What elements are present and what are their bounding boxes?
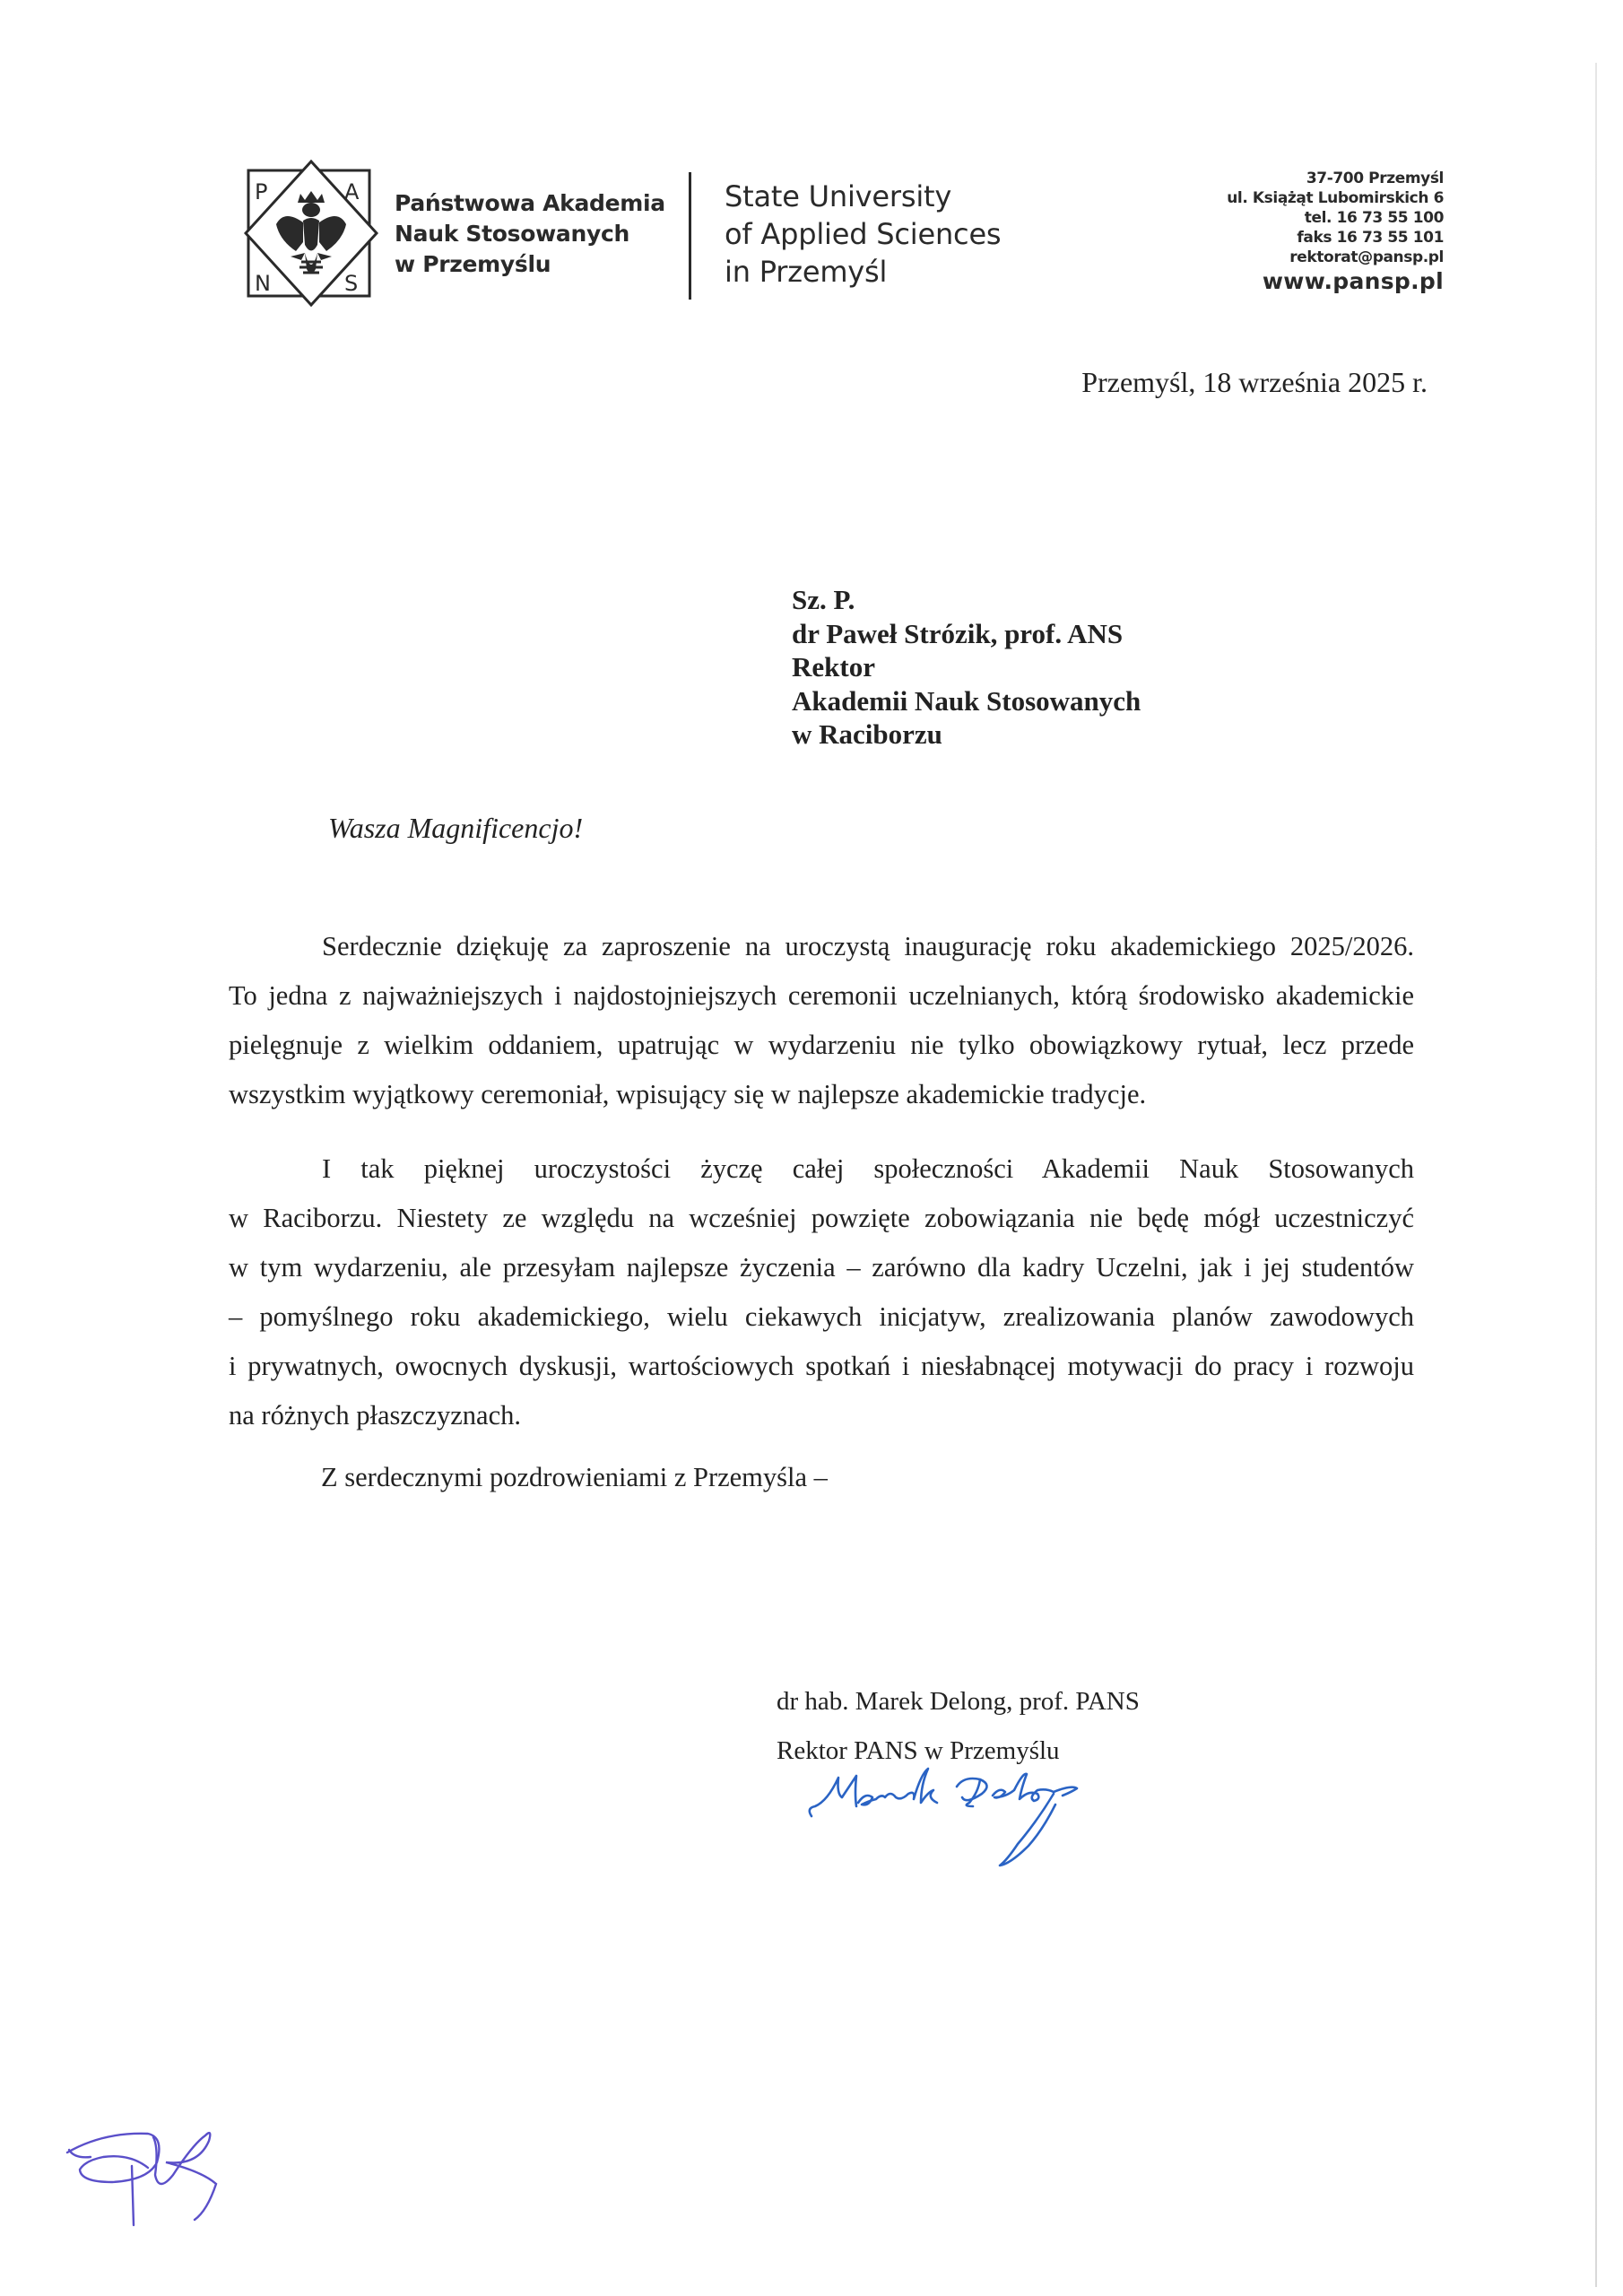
body-paragraph-2: I tak pięknej uroczystości życzę całej s… <box>229 1144 1414 1440</box>
date-line: Przemyśl, 18 września 2025 r. <box>1081 366 1428 399</box>
contact-fax: faks 16 73 55 101 <box>1227 228 1444 248</box>
recipient-line: dr Paweł Strózik, prof. ANS <box>792 617 1141 651</box>
recipient-line: Akademii Nauk Stosowanych <box>792 684 1141 718</box>
institution-name-en-line: in Przemyśl <box>725 253 1001 291</box>
body-line: I tak pięknej uroczystości życzę całej s… <box>229 1144 1414 1194</box>
body-line: w tym wydarzeniu, ale przesyłam najlepsz… <box>229 1243 1414 1292</box>
recipient-line: w Raciborzu <box>792 717 1141 752</box>
signature-icon <box>803 1767 1197 1874</box>
handwritten-initials <box>58 2112 229 2247</box>
recipient-block: Sz. P. dr Paweł Strózik, prof. ANS Rekto… <box>792 583 1141 752</box>
body-line: i prywatnych, owocnych dyskusji, wartośc… <box>229 1342 1414 1391</box>
letterhead-divider <box>689 172 691 300</box>
svg-text:S: S <box>344 271 358 296</box>
sender-block: dr hab. Marek Delong, prof. PANS Rektor … <box>777 1677 1140 1776</box>
salutation: Wasza Magnificencjo! <box>328 812 583 845</box>
contact-block: 37-700 Przemyśl ul. Książąt Lubomirskich… <box>1227 169 1444 296</box>
contact-website[interactable]: www.pansp.pl <box>1227 267 1444 296</box>
body-line: Serdecznie dziękuję za zaproszenie na ur… <box>229 922 1414 971</box>
initials-icon <box>58 2112 229 2247</box>
body-paragraph-1: Serdecznie dziękuję za zaproszenie na ur… <box>229 922 1414 1119</box>
eagle-emblem-icon: P A N S <box>244 160 378 308</box>
body-line: – pomyślnego roku akademickiego, wielu c… <box>229 1292 1414 1342</box>
institution-name-en-line: of Applied Sciences <box>725 215 1001 253</box>
handwritten-signature <box>803 1767 1197 1874</box>
institution-name-pl-line: w Przemyślu <box>395 249 665 280</box>
contact-email[interactable]: rektorat@pansp.pl <box>1227 248 1444 267</box>
institution-name-pl-line: Państwowa Akademia <box>395 188 665 219</box>
contact-phone: tel. 16 73 55 100 <box>1227 208 1444 228</box>
contact-city: 37-700 Przemyśl <box>1227 169 1444 188</box>
body-line: w Raciborzu. Niestety ze względu na wcze… <box>229 1194 1414 1243</box>
recipient-line: Rektor <box>792 650 1141 684</box>
institution-name-en-line: State University <box>725 178 1001 215</box>
closing-line: Z serdecznymi pozdrowieniami z Przemyśla… <box>321 1462 828 1493</box>
body-line: pielęgnuje z wielkim oddaniem, upatrując… <box>229 1021 1414 1070</box>
svg-text:A: A <box>344 179 360 204</box>
institution-name-pl-line: Nauk Stosowanych <box>395 219 665 249</box>
institution-name-en: State University of Applied Sciences in … <box>725 178 1001 291</box>
contact-street: ul. Książąt Lubomirskich 6 <box>1227 188 1444 208</box>
sender-name: dr hab. Marek Delong, prof. PANS <box>777 1677 1140 1726</box>
svg-text:N: N <box>255 271 271 296</box>
recipient-line: Sz. P. <box>792 583 1141 617</box>
pans-logo: P A N S <box>244 160 378 308</box>
svg-text:P: P <box>255 179 267 204</box>
body-line: To jedna z najważniejszych i najdostojni… <box>229 971 1414 1021</box>
scan-edge-line <box>1595 63 1597 2287</box>
body-line: wszystkim wyjątkowy ceremoniał, wpisując… <box>229 1070 1414 1119</box>
institution-name-pl: Państwowa Akademia Nauk Stosowanych w Pr… <box>395 188 665 280</box>
body-line: na różnych płaszczyznach. <box>229 1391 1414 1440</box>
